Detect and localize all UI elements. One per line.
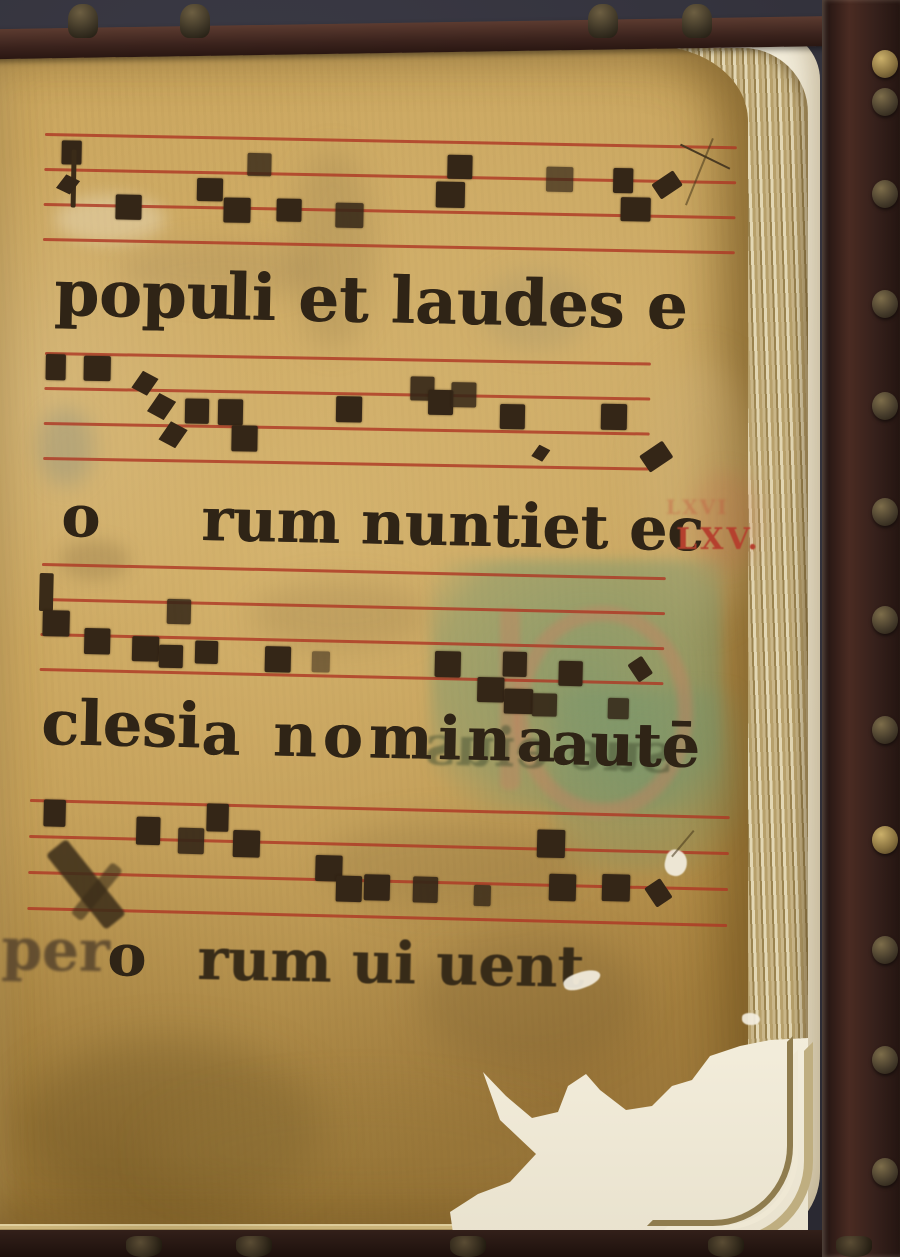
brass-boss	[872, 50, 898, 78]
boss	[872, 88, 898, 116]
boss	[872, 498, 898, 526]
neume-square	[231, 425, 257, 451]
chant-text-line-3-seg-3: autē	[551, 714, 701, 777]
chant-text-line-1-seg-2: li et laudes e	[227, 266, 689, 340]
neume-square	[503, 651, 528, 677]
boss	[872, 606, 898, 634]
neume-square	[546, 167, 573, 193]
neume-square	[312, 651, 330, 672]
neume-slash	[627, 656, 653, 683]
chant-text-line-4-seg-2: o	[107, 926, 147, 985]
neume-square	[167, 599, 192, 625]
bottom-foot	[836, 1236, 872, 1257]
neume-square	[428, 390, 453, 415]
neume-square	[206, 803, 229, 832]
neume-square	[233, 830, 261, 858]
neume-square	[42, 610, 70, 637]
top-knob	[682, 4, 712, 38]
neume-square	[46, 354, 66, 380]
neume-square	[178, 828, 205, 855]
neume-square	[159, 645, 184, 669]
neume-square	[185, 398, 209, 423]
neume-square	[364, 874, 391, 901]
neume-square	[265, 646, 292, 673]
staff-line	[41, 598, 665, 615]
neume-slash	[651, 170, 683, 199]
boss	[872, 716, 898, 744]
top-knob	[180, 4, 210, 38]
neume-square	[195, 640, 219, 664]
bottom-foot	[236, 1236, 272, 1257]
bottom-foot	[450, 1236, 486, 1257]
neume-square	[447, 155, 472, 179]
top-knob	[588, 4, 618, 38]
staff-line	[43, 457, 649, 471]
neume-square	[613, 168, 633, 193]
chant-text-line-4-seg-1: per	[1, 920, 110, 980]
ghost-folio-number: LXVI	[666, 495, 728, 519]
neume-square	[132, 636, 160, 662]
neume-square	[43, 799, 66, 827]
neume-square	[276, 198, 301, 221]
neume-square	[218, 399, 243, 425]
brass-boss	[872, 826, 898, 854]
neume-diamond	[531, 445, 550, 462]
staff-line	[43, 238, 735, 254]
boss	[872, 290, 898, 318]
neume-square	[500, 404, 525, 429]
neume-square	[84, 356, 111, 381]
neume-square	[477, 677, 505, 703]
boss	[872, 180, 898, 208]
white-fleck	[742, 1013, 760, 1025]
neume-square	[247, 153, 271, 176]
chant-text-line-4-seg-3: rum ui uent	[197, 930, 585, 996]
folio-number: LXV.	[676, 522, 761, 557]
neume-square	[436, 182, 465, 209]
neume-square	[197, 178, 223, 201]
neume-square	[451, 382, 476, 407]
neume-square	[620, 197, 650, 222]
neume-diamond	[131, 371, 158, 396]
staff-line	[44, 422, 650, 436]
corner-edge-arc-inner	[647, 1036, 793, 1226]
chant-text-line-2-seg-1: o	[61, 487, 101, 546]
neume-square	[413, 876, 439, 903]
neume-square	[558, 661, 583, 687]
chant-text-line-2-seg-2: rum nuntiet ec	[201, 490, 705, 561]
neume-diamond	[147, 393, 176, 421]
boss	[872, 1046, 898, 1074]
top-knob	[68, 4, 98, 38]
neume-square	[84, 628, 111, 655]
neume-square	[474, 885, 492, 906]
neume-square	[549, 874, 577, 902]
neume-square	[602, 874, 631, 902]
manuscript-photo: sue eius populi et laudes eorum nuntiet …	[0, 0, 900, 1257]
neume-square	[336, 876, 363, 903]
chant-text-line-1-seg-1: popu	[54, 262, 234, 330]
neume-slash	[644, 878, 673, 908]
boss	[872, 392, 898, 420]
boss	[872, 936, 898, 964]
neume-square	[537, 829, 566, 858]
neume-square	[336, 396, 362, 422]
boss	[872, 1158, 898, 1186]
neume-stem	[39, 573, 54, 611]
neume-square	[601, 404, 627, 430]
neume-square	[335, 203, 363, 229]
neume-diamond	[56, 174, 80, 194]
neume-square	[115, 194, 141, 219]
bottom-foot	[708, 1236, 744, 1257]
neume-square	[435, 651, 462, 678]
neume-square	[136, 817, 161, 846]
bottom-foot	[126, 1236, 162, 1257]
neume-square	[223, 197, 250, 223]
chant-text-line-3-seg-1: clesi	[41, 692, 201, 757]
chant-text-line-3-seg-2: a nomina	[201, 704, 562, 772]
staff-line	[29, 835, 729, 855]
